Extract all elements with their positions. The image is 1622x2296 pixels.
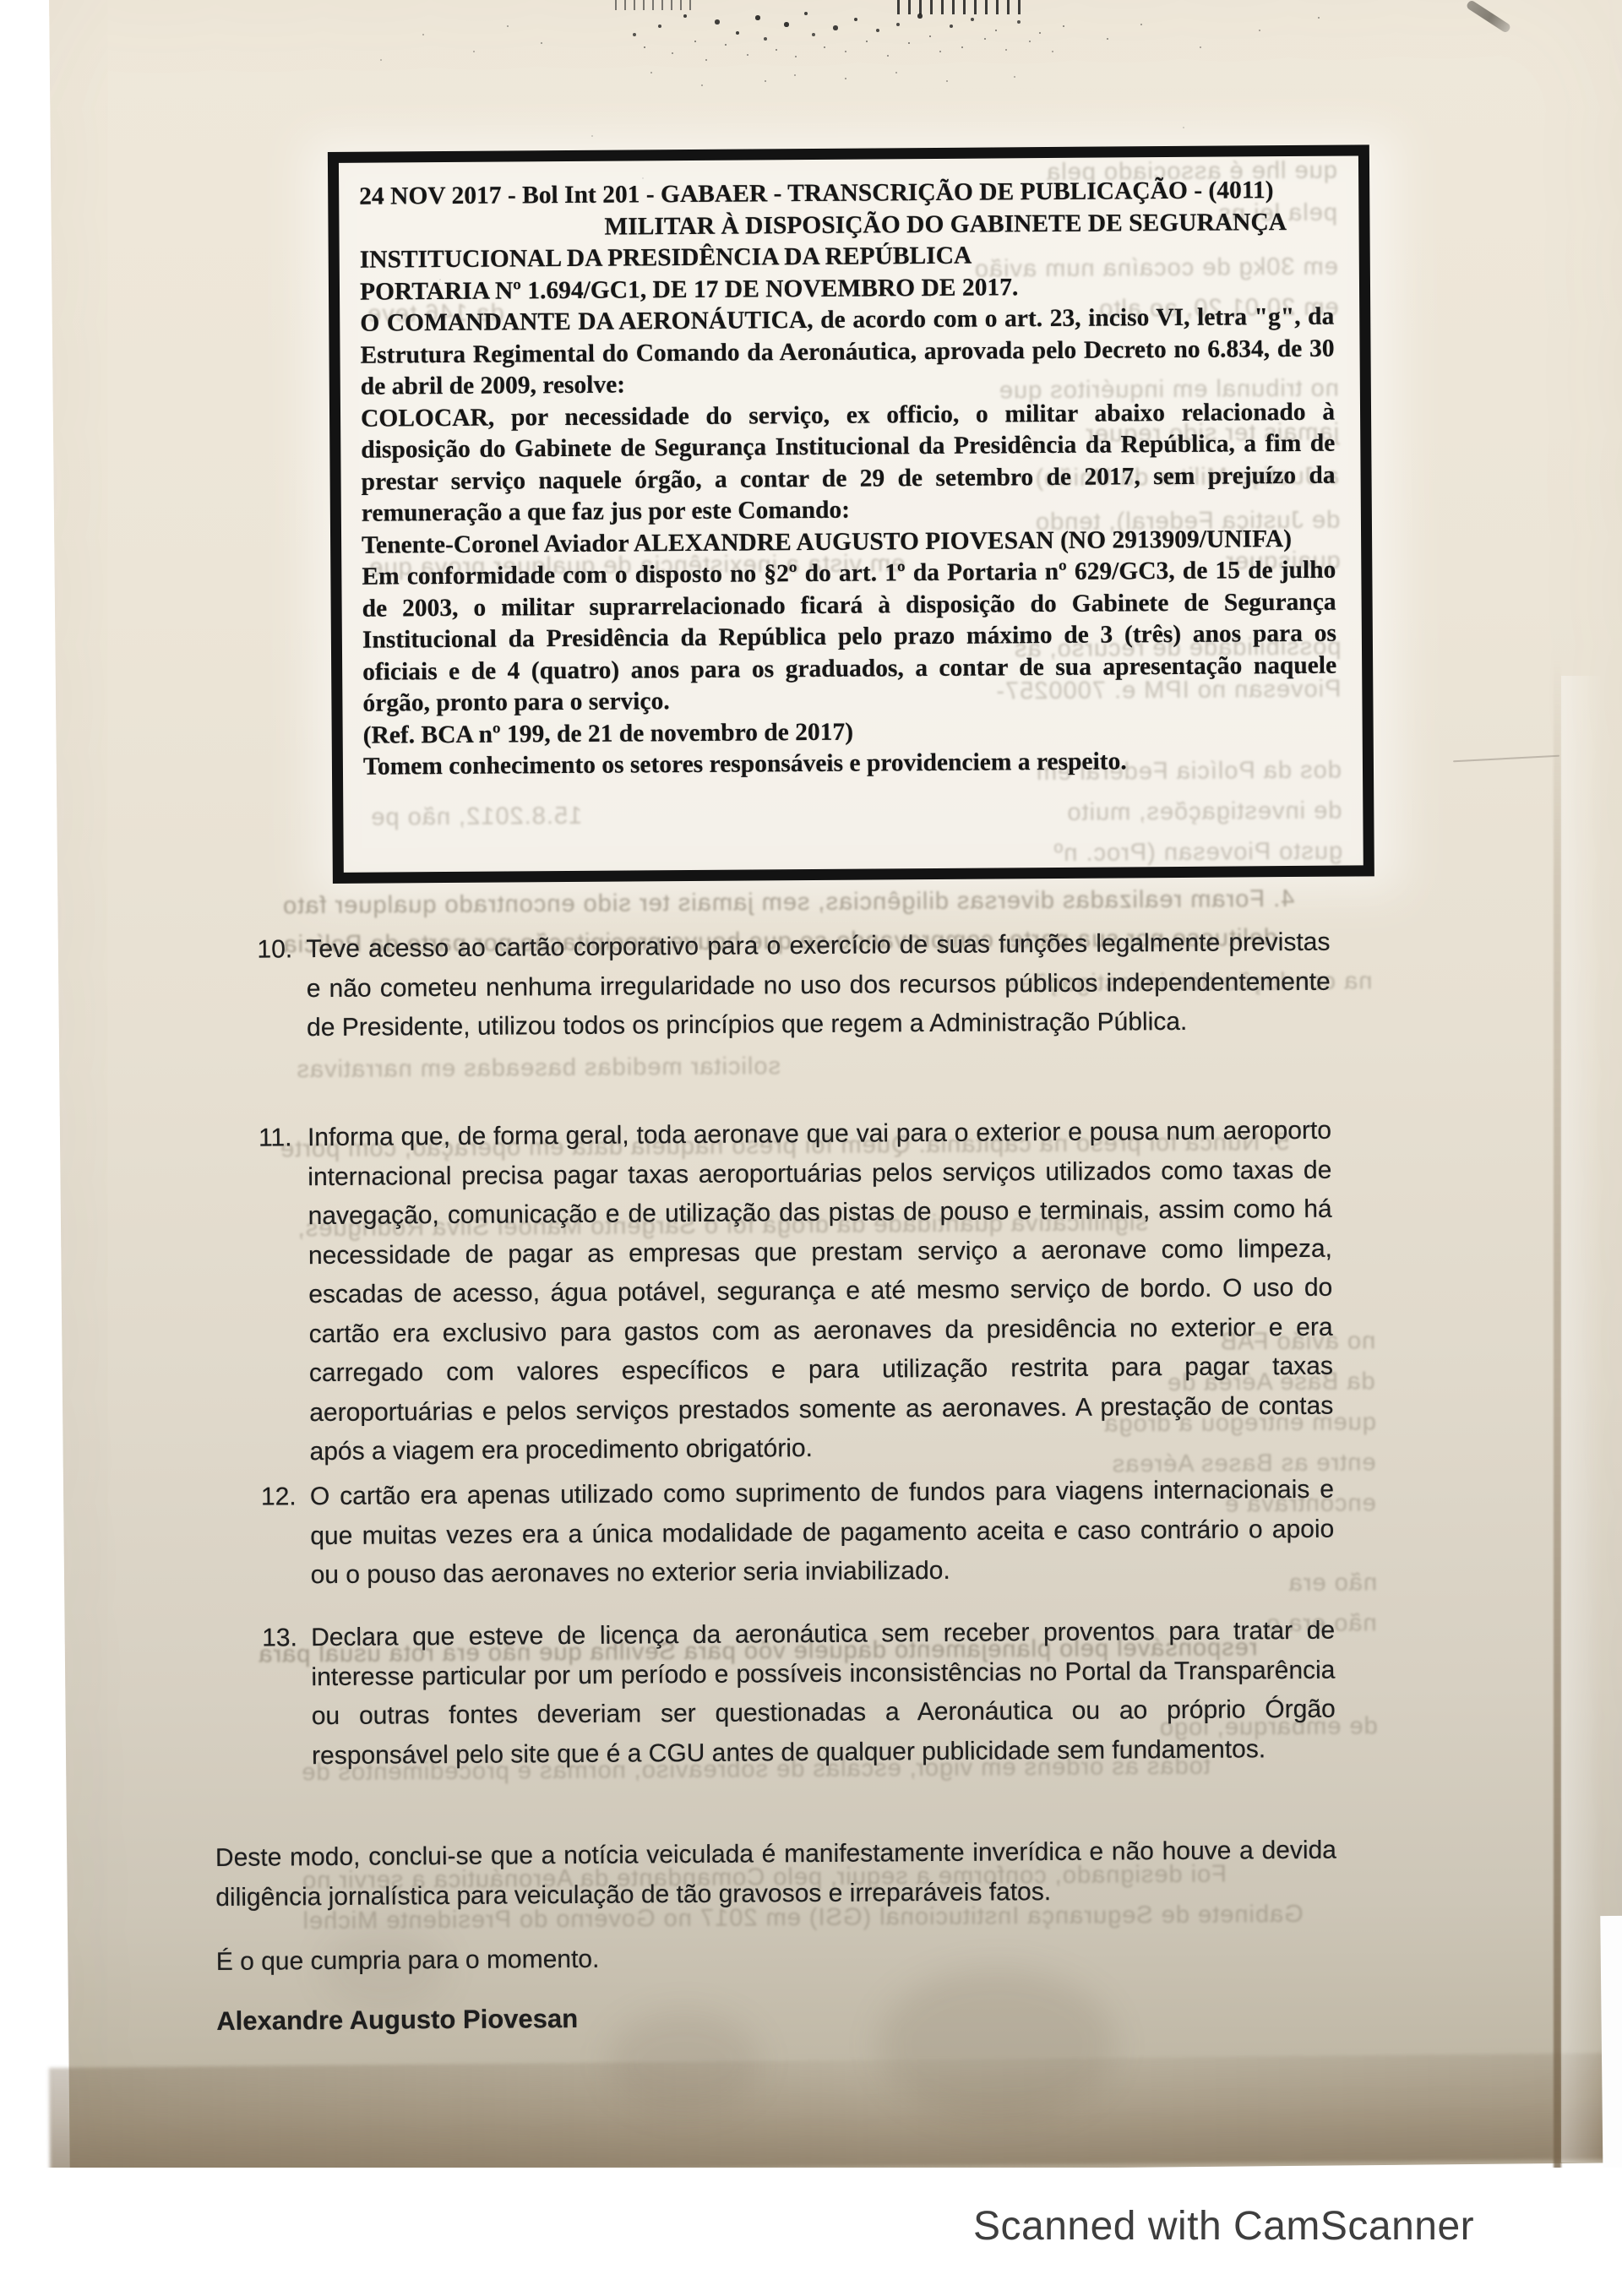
item-number: 11. [259,1118,310,1472]
statement-item-10: 10. Teve acesso ao cartão corporativo pa… [257,923,1331,1048]
camscanner-footer: Scanned with CamScanner [0,2168,1622,2296]
item-number: 10. [257,930,307,1048]
statement-item-12: 12. O cartão era apenas utilizado como s… [261,1471,1335,1596]
document-content: que lhe é associado pela pela lei ns em … [0,0,1622,2296]
item-text: Teve acesso ao cartão corporativo para o… [306,923,1331,1048]
scan-noise-speckles [0,0,2,2]
box-paragraph: Tomem conhecimento os setores responsáve… [363,745,1337,784]
item-text: Informa que, de forma geral, toda aerona… [308,1112,1334,1472]
statement-item-11: 11. Informa que, de forma geral, toda ae… [259,1112,1334,1472]
ghost-bleed-text: 4. Foram realizadas diversas diligências… [282,885,1294,920]
item-text: O cartão era apenas utilizado como supri… [310,1471,1335,1596]
box-title-line: MILITAR À DISPOSIÇÃO DO GABINETE DE SEGU… [604,206,1333,243]
box-paragraph: Em conformidade com o disposto no §2º do… [362,555,1336,721]
transcription-box: 24 NOV 2017 - Bol Int 201 - GABAER - TRA… [328,144,1374,884]
box-paragraph: COLOCAR, por necessidade do serviço, ex … [361,396,1336,530]
conclusion-paragraph: Deste modo, conclui-se que a notícia vei… [215,1831,1337,1918]
sign-off-line: É o que cumpria para o momento. [216,1937,1061,1982]
camscanner-watermark: Scanned with CamScanner [973,2203,1474,2250]
item-number: 13. [262,1619,312,1776]
ghost-bleed-text: solicitar medidas baseadas em narrativas [296,1053,781,1084]
statement-item-13: 13. Declara que esteve de licença da aer… [262,1612,1336,1776]
scanned-document-page: que lhe é associado pela pela lei ns em … [0,0,1622,2296]
signature-name: Alexandre Augusto Piovesan [216,1996,1061,2041]
item-text: Declara que esteve de licença da aeronáu… [311,1612,1336,1776]
item-number: 12. [261,1477,311,1596]
box-paragraph: O COMANDANTE DA AERONÁUTICA, de acordo c… [360,302,1335,404]
